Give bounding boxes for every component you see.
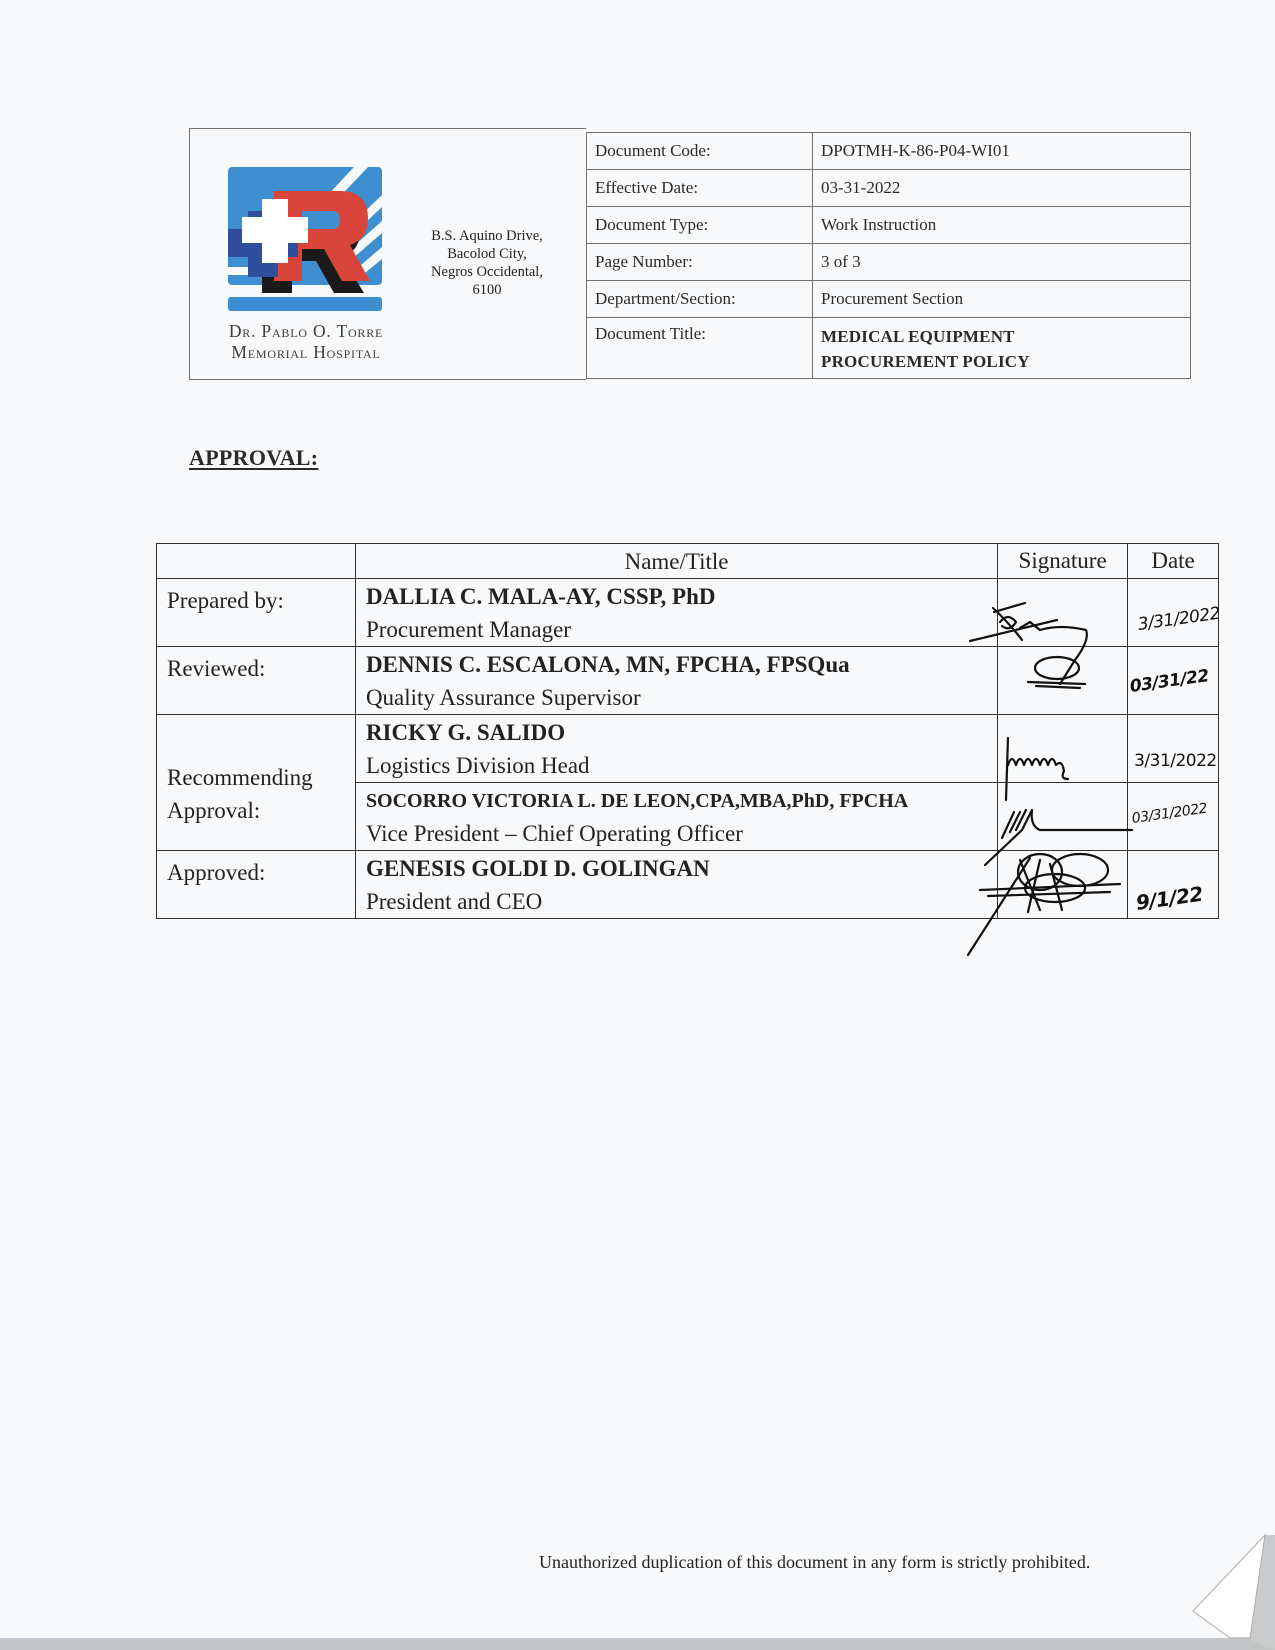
- document-metadata-table: Document Code: DPOTMH-K-86-P04-WI01 Effe…: [586, 132, 1191, 379]
- signature-cell: [998, 783, 1128, 851]
- role-label: Prepared by:: [157, 579, 356, 647]
- document-title-line1: MEDICAL EQUIPMENT: [821, 324, 1182, 349]
- address-line: Negros Occidental,: [412, 263, 562, 281]
- signatory-title: President and CEO: [366, 885, 987, 918]
- role-label: Reviewed:: [157, 647, 356, 715]
- signatory-name: GENESIS GOLDI D. GOLINGAN: [366, 853, 987, 885]
- name-title-cell: SOCORRO VICTORIA L. DE LEON,CPA,MBA,PhD,…: [355, 783, 997, 851]
- date-cell: 03/31/2022: [1128, 783, 1219, 851]
- meta-label: Document Title:: [587, 318, 813, 379]
- approval-row-reviewed: Reviewed: DENNIS C. ESCALONA, MN, FPCHA,…: [157, 647, 1219, 715]
- meta-value-page-number: 3 of 3: [813, 244, 1191, 281]
- approval-row-recommending-1: Recommending Approval: RICKY G. SALIDO L…: [157, 715, 1219, 783]
- role-label-line2: Approval:: [167, 794, 345, 827]
- handwritten-date: 3/31/2022: [1134, 751, 1217, 771]
- column-header-name-title: Name/Title: [355, 544, 997, 579]
- date-cell: 3/31/2022: [1128, 715, 1219, 783]
- meta-value-department: Procurement Section: [813, 281, 1191, 318]
- hospital-address: B.S. Aquino Drive, Bacolod City, Negros …: [412, 227, 562, 299]
- signatory-title: Logistics Division Head: [366, 749, 987, 782]
- meta-row-effective-date: Effective Date: 03-31-2022: [587, 170, 1191, 207]
- approval-heading: APPROVAL:: [189, 445, 318, 471]
- handwritten-date: 9/1/22: [1134, 882, 1204, 915]
- column-header-date: Date: [1128, 544, 1219, 579]
- signatory-title: Quality Assurance Supervisor: [366, 681, 987, 714]
- meta-row-page-number: Page Number: 3 of 3: [587, 244, 1191, 281]
- role-label: Recommending Approval:: [157, 715, 356, 851]
- column-header-role: [157, 544, 356, 579]
- meta-value-document-code: DPOTMH-K-86-P04-WI01: [813, 133, 1191, 170]
- handwritten-date: 03/31/2022: [1131, 801, 1208, 827]
- address-line: B.S. Aquino Drive,: [412, 227, 562, 245]
- hospital-identity-block: Dr. Pablo O. Torre Memorial Hospital B.S…: [189, 128, 586, 380]
- meta-row-document-code: Document Code: DPOTMH-K-86-P04-WI01: [587, 133, 1191, 170]
- meta-label: Effective Date:: [587, 170, 813, 207]
- document-title-line2: PROCUREMENT POLICY: [821, 349, 1182, 374]
- signatory-name: SOCORRO VICTORIA L. DE LEON,CPA,MBA,PhD,…: [366, 785, 987, 817]
- role-label: Approved:: [157, 851, 356, 919]
- signatory-name: DALLIA C. MALA-AY, CSSP, PhD: [366, 581, 987, 613]
- meta-label: Department/Section:: [587, 281, 813, 318]
- meta-row-department: Department/Section: Procurement Section: [587, 281, 1191, 318]
- hospital-name-line2: Memorial Hospital: [190, 342, 422, 363]
- meta-value-effective-date: 03-31-2022: [813, 170, 1191, 207]
- signature-cell: [998, 851, 1128, 919]
- hospital-name-line1: Dr. Pablo O. Torre: [190, 321, 422, 342]
- handwritten-date: 03/31/22: [1129, 666, 1210, 697]
- meta-row-document-title: Document Title: MEDICAL EQUIPMENT PROCUR…: [587, 318, 1191, 379]
- name-title-cell: GENESIS GOLDI D. GOLINGAN President and …: [355, 851, 997, 919]
- name-title-cell: DENNIS C. ESCALONA, MN, FPCHA, FPSQua Qu…: [355, 647, 997, 715]
- date-cell: 9/1/22: [1128, 851, 1219, 919]
- meta-value-document-title: MEDICAL EQUIPMENT PROCUREMENT POLICY: [813, 318, 1191, 379]
- scan-edge-right: [1262, 1540, 1275, 1650]
- document-header: Dr. Pablo O. Torre Memorial Hospital B.S…: [189, 128, 1191, 380]
- signature-cell: [998, 647, 1128, 715]
- date-cell: 03/31/22: [1128, 647, 1219, 715]
- column-header-signature: Signature: [998, 544, 1128, 579]
- meta-label: Document Code:: [587, 133, 813, 170]
- signatory-name: DENNIS C. ESCALONA, MN, FPCHA, FPSQua: [366, 649, 987, 681]
- meta-label: Page Number:: [587, 244, 813, 281]
- hospital-name: Dr. Pablo O. Torre Memorial Hospital: [190, 321, 422, 363]
- signature-cell: [998, 715, 1128, 783]
- meta-value-document-type: Work Instruction: [813, 207, 1191, 244]
- role-label-line1: Recommending: [167, 761, 345, 794]
- signature-cell: [998, 579, 1128, 647]
- footer-notice: Unauthorized duplication of this documen…: [539, 1552, 1090, 1573]
- approval-row-prepared: Prepared by: DALLIA C. MALA-AY, CSSP, Ph…: [157, 579, 1219, 647]
- address-line: 6100: [412, 281, 562, 299]
- signatory-name: RICKY G. SALIDO: [366, 717, 987, 749]
- address-line: Bacolod City,: [412, 245, 562, 263]
- approval-row-approved: Approved: GENESIS GOLDI D. GOLINGAN Pres…: [157, 851, 1219, 919]
- meta-row-document-type: Document Type: Work Instruction: [587, 207, 1191, 244]
- name-title-cell: DALLIA C. MALA-AY, CSSP, PhD Procurement…: [355, 579, 997, 647]
- hospital-logo-icon: [228, 167, 382, 317]
- signatory-title: Vice President – Chief Operating Officer: [366, 817, 987, 850]
- date-cell: 3/31/2022: [1128, 579, 1219, 647]
- handwritten-date: 3/31/2022: [1137, 604, 1222, 635]
- scan-edge-bottom: [0, 1638, 1275, 1650]
- approval-table-header: Name/Title Signature Date: [157, 544, 1219, 579]
- meta-label: Document Type:: [587, 207, 813, 244]
- name-title-cell: RICKY G. SALIDO Logistics Division Head: [355, 715, 997, 783]
- approval-table: Name/Title Signature Date Prepared by: D…: [156, 543, 1219, 919]
- signatory-title: Procurement Manager: [366, 613, 987, 646]
